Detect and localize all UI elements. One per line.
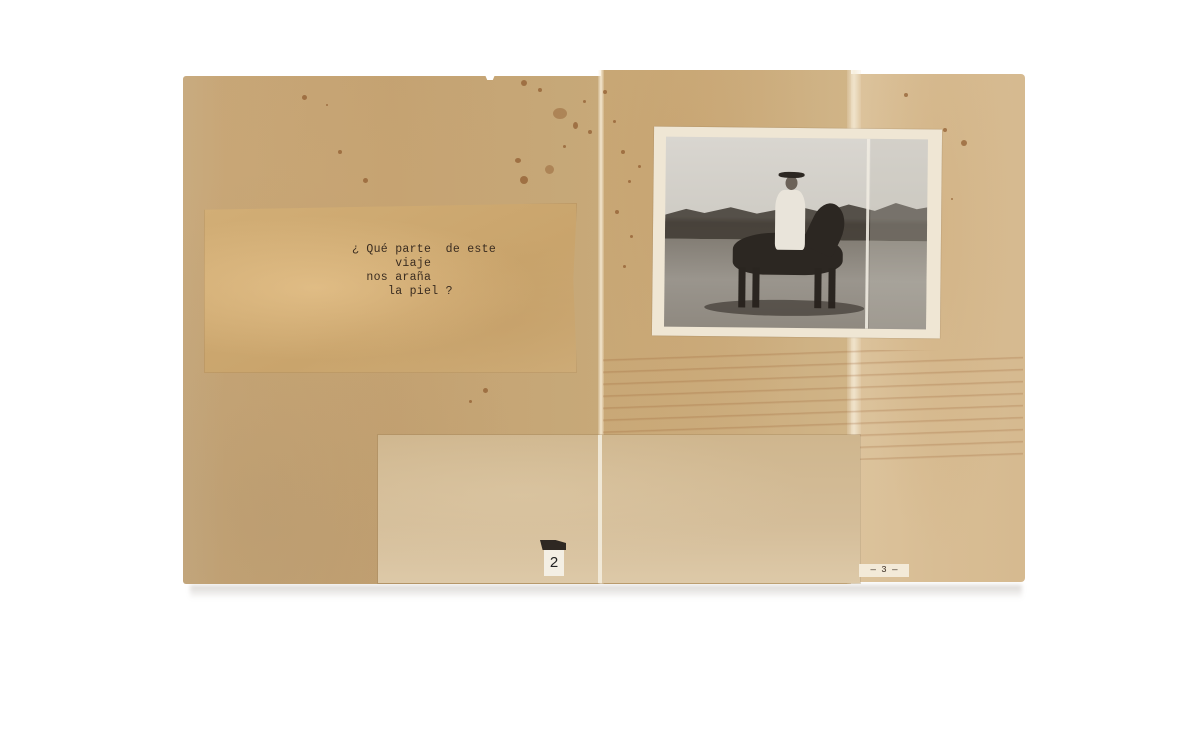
book-shadow: [190, 585, 1022, 599]
typewritten-note: ¿ Qué parte de este viaje nos araña la p…: [204, 203, 577, 373]
vintage-photograph: [652, 126, 942, 338]
typed-question: ¿ Qué parte de este viaje nos araña la p…: [352, 243, 496, 299]
pasted-paper-panel: [378, 435, 860, 583]
photo-image: [664, 137, 928, 330]
horse-and-rider: [724, 197, 855, 308]
open-book-spread: ¿ Qué parte de este viaje nos araña la p…: [183, 70, 1025, 587]
page-number-2: 2: [540, 540, 566, 576]
page-number-3: — 3 —: [859, 564, 909, 577]
